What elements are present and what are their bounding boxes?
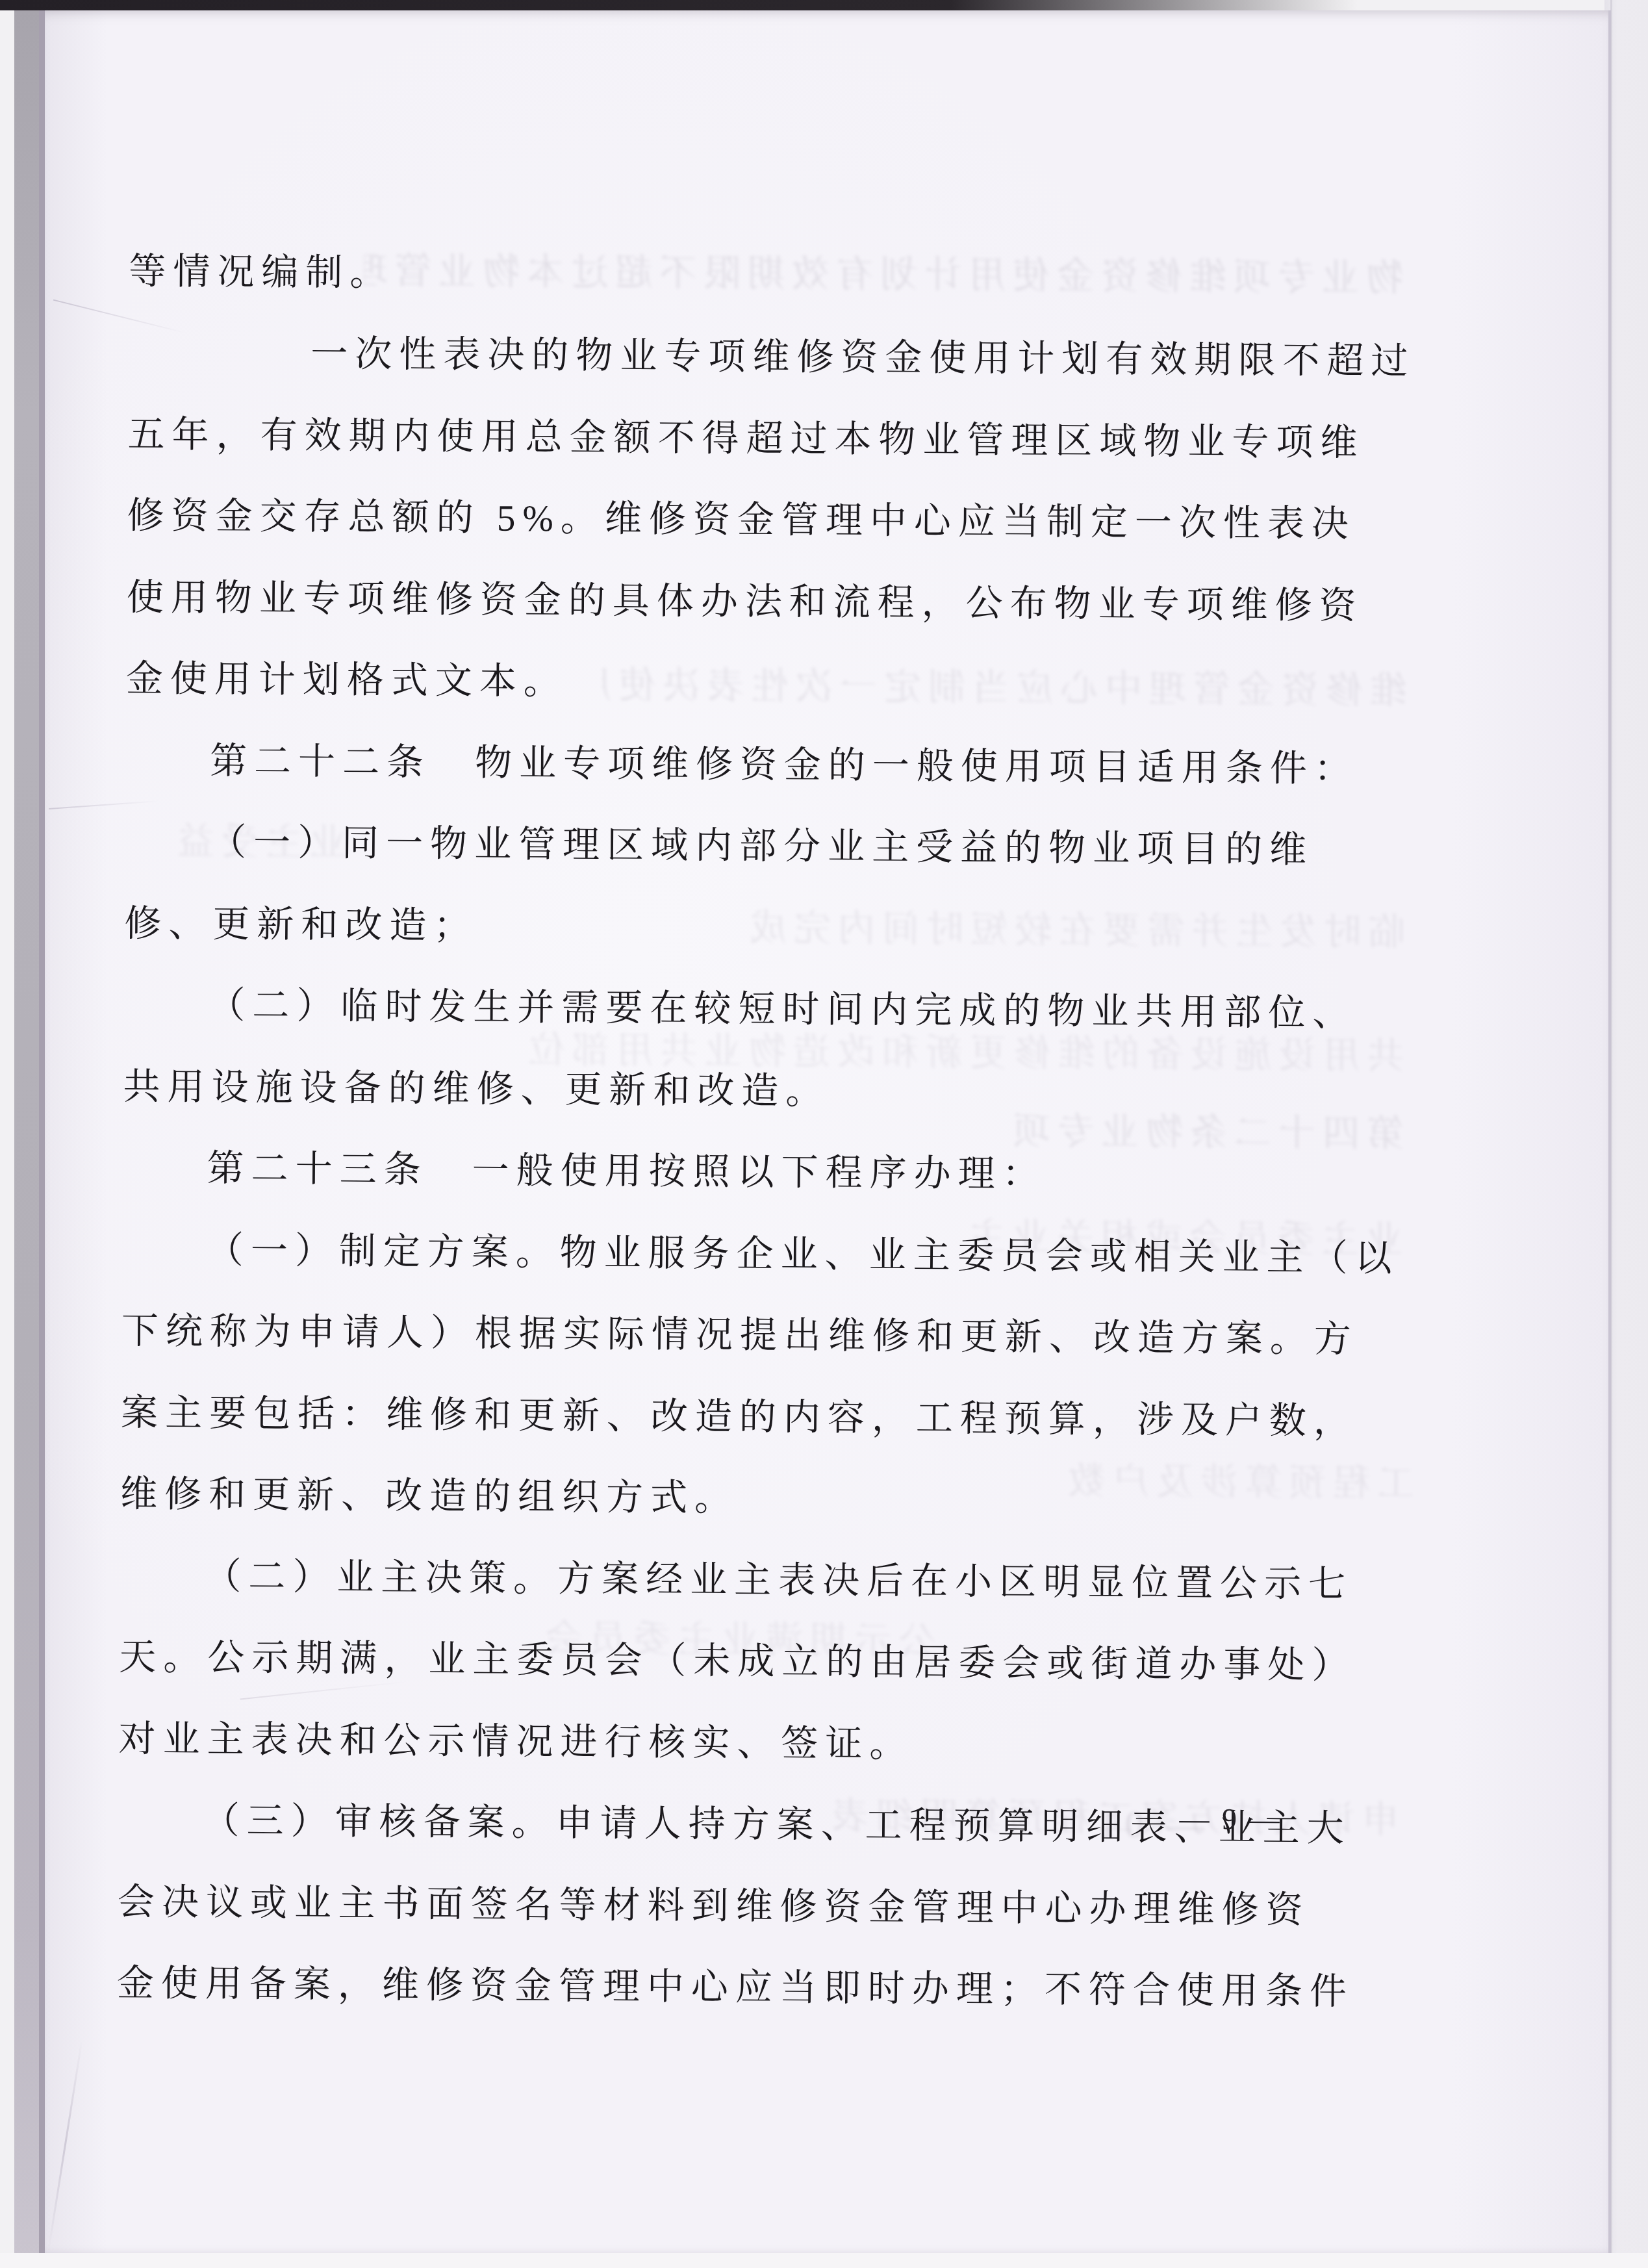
text-line: （一）同一物业管理区域内部分业主受益的物业项目的维: [209, 798, 1347, 888]
text-line: （二）业主决策。方案经业主表决后在小区明显位置公示七: [204, 1532, 1341, 1622]
paper-sheet: 物业专项维修资金使用计划有效期限不超过本物业管理维修资金管理中心应当制定一次性表…: [39, 10, 1611, 2253]
page-content: 物业专项维修资金使用计划有效期限不超过本物业管理维修资金管理中心应当制定一次性表…: [45, 8, 1624, 2262]
text-line: 第二十三条 一般使用按照以下程序办理：: [207, 1125, 1344, 1214]
text-line: 下统称为申请人）根据实际情况提出维修和更新、改造方案。方: [121, 1287, 1343, 1377]
text-line: 案主要包括：维修和更新、改造的内容，工程预算，涉及户数，: [121, 1368, 1343, 1459]
text-line: 第二十二条 物业专项维修资金的一般使用项目适用条件：: [210, 717, 1347, 806]
scan-binding-strip: [14, 6, 39, 2261]
text-line: 会决议或业主书面签名等材料到维修资金管理中心办理维修资: [117, 1857, 1339, 1948]
text-line: 金使用计划格式文本。: [126, 635, 1348, 725]
text-line: 维修和更新、改造的组织方式。: [120, 1450, 1342, 1540]
text-line: 五年，有效期内使用总金额不得超过本物业管理区域物业专项维: [127, 390, 1349, 480]
text-line: 对业主表决和公示情况进行核实、签证。: [118, 1694, 1340, 1785]
text-block: 等情况编制。一次性表决的物业专项维修资金使用计划有效期限不超过五年，有效期内使用…: [116, 227, 1350, 2029]
page-number: — 9 —: [1180, 1802, 1282, 1837]
text-line: （三）审核备案。申请人持方案、工程预算明细表、业主大: [202, 1777, 1339, 1867]
text-line: 使用物业专项维修资金的具体办法和流程，公布物业专项维修资: [126, 553, 1348, 643]
text-line: 等情况编制。: [129, 227, 1350, 317]
text-line: （二）临时发生并需要在较短时间内完成的物业共用部位、: [208, 962, 1345, 1051]
text-line: （一）制定方案。物业服务企业、业主委员会或相关业主（以: [206, 1206, 1343, 1295]
scanned-document: { "page": { "page_number": "— 9 —", "col…: [0, 0, 1648, 2268]
text-line: 共用设施设备的维修、更新和改造。: [123, 1042, 1345, 1132]
text-line: 天。公示期满，业主委员会（未成立的由居委会或街道办事处）: [119, 1613, 1341, 1703]
scan-margin-left: [0, 0, 14, 2268]
text-line: 修资金交存总额的 5%。维修资金管理中心应当制定一次性表决: [127, 472, 1349, 562]
text-line: 金使用备案，维修资金管理中心应当即时办理；不符合使用条件: [116, 1939, 1338, 2030]
text-line: 一次性表决的物业专项维修资金使用计划有效期限不超过: [311, 310, 1350, 399]
text-line: 修、更新和改造；: [124, 879, 1346, 969]
